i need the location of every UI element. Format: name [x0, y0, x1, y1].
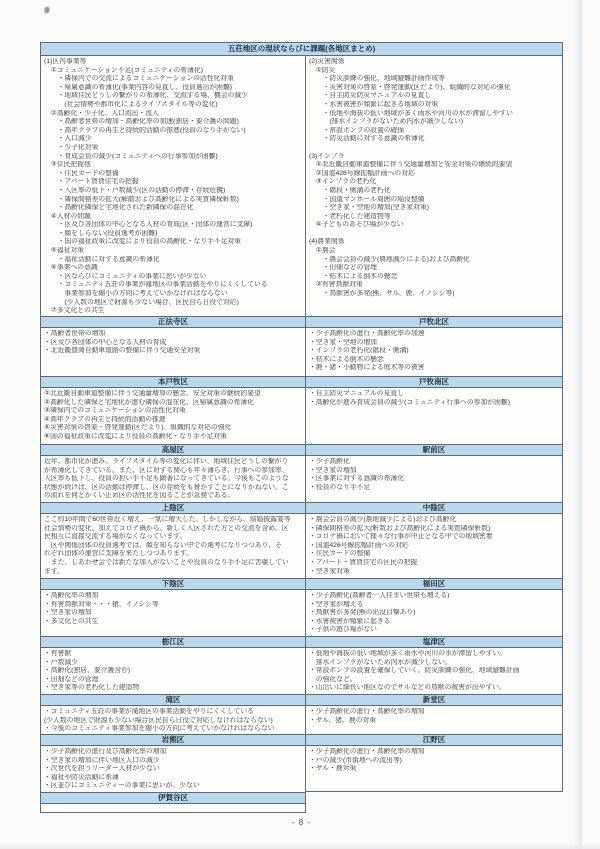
text-line: ・農会会員の減少(農地減少による)および高齢化 [309, 256, 559, 265]
district-header: 正法寺区 [41, 316, 305, 328]
text-line: ・戸の減少(市街地への流出等) [309, 757, 559, 766]
text-line: ・顔をしらない(役員選考が困難) [44, 230, 302, 239]
scanned-page: 五荘地区の現状ならびに課題(各地区まとめ) (1)区内事業等 ①コミュニケーショ… [0, 0, 600, 849]
text-line: ・低地や海抜の低い地域が多く雨水や河川の水が滞留しやすい [309, 110, 559, 119]
text-line: ③隣保内でのコミュニケーションの活性化対策 [44, 407, 302, 416]
text-line: ・隣保間格差の拡大(軒数および高齢化による実質隣保軒数) [309, 525, 559, 534]
text-line: ・少子高齢化の進行・高齢化率の増加 [309, 708, 559, 717]
text-line: ・役員のなり手不足 [309, 484, 559, 493]
text-line: ⑦多文化との共生 [44, 307, 302, 316]
district-header: 滝区 [41, 694, 305, 706]
district-issues-cell: ・少子高齢化(高齢者一人住まい世帯も増える)・空き家が増える・鳥獣害が多発(熊の… [306, 590, 562, 636]
text-line: ②国道426号線拡幅計画への対応 [309, 170, 559, 179]
text-line: ・高齢化隣保と宅地化された新隣保の混在化 [44, 204, 302, 213]
text-line: ①コミュニケーション不足(コミュニティの希薄化) [44, 67, 302, 76]
text-line: ・枯木による倒木の懸念 [309, 273, 559, 282]
text-line: ・階段・側溝の老朽化 [309, 187, 559, 196]
text-line: (排水インフラがないため内水が減少しない) [309, 118, 559, 127]
text-line: 事業参加を縮小の方向に考えていかなければならない [44, 290, 302, 299]
district-issues-cell [41, 804, 305, 813]
text-line: ・コミュニティ五荘の事業が滝地区の事業活動をやりにくくしている [44, 281, 302, 290]
district-header: 岩熊区 [41, 734, 305, 746]
issues-table: 五荘地区の現状ならびに課題(各地区まとめ) (1)区内事業等 ①コミュニケーショ… [40, 42, 563, 813]
text-line: ・区及び各団体の中心となる人材の育成 [44, 339, 302, 348]
text-line: ④人材の問題 [44, 213, 302, 222]
text-line: が希薄化してきている。また、区に対する関心も年々薄らぎ、行事への参加率、 [44, 467, 302, 476]
right-column: (2)災害関係 ①防災 ・防災訓練の強化、地域避難計画作成等 ・災害対策の啓蒙・… [306, 56, 563, 792]
text-line: ・少子化対策 [44, 144, 302, 153]
text-line: ⑤福祉対策 [44, 247, 302, 256]
text-line: ・サル・鹿対策 [309, 765, 559, 774]
scan-artifact [43, 5, 51, 14]
text-line: ・水害被害が頻繁に起きる地域の対策 [309, 101, 559, 110]
district-header: 本戸牧区 [41, 376, 305, 388]
district-header: 江野区 [306, 734, 562, 746]
district-header: 戸牧北区 [306, 316, 562, 328]
text-line: ・低地や海抜の低い地域が多く雨水や河川の水が滞留しやすい。 [309, 650, 559, 659]
text-line: ここ約10年間で60世帯近く増え、一気に増大した。しかしながら、結婚披露宴等 [44, 516, 302, 525]
text-line: ・空き家の増加 [309, 467, 559, 476]
text-line: 排水インフラがないため内水が減少しない。 [309, 659, 559, 668]
text-line: ・入区率の低下・戸数減少(区の活動の停滞・存続危機) [44, 187, 302, 196]
district-issues-cell: ・少子高齢化の進行・高齢化率の加速・空き家・空地の増加・インフラの老朽化(階段・… [306, 328, 562, 376]
text-line: ・高齢化(独居、要介護含む) [44, 667, 302, 676]
district-issues-cell: ・有害獣・戸数減少・高齢化(独居、要介護含む)・田畑などの管理・空き家等の老朽化… [41, 648, 305, 694]
text-line: ・隣保間格差の拡大(解散および高齢化による実質隣保軒数) [44, 196, 302, 205]
text-line: ・アパート・賃貸住宅の区民の把握 [309, 559, 559, 568]
text-line: ・インフラの老朽化(階段・側溝) [309, 347, 559, 356]
district-issues-cell: ①北近畿自動車道整備に伴う交通量増加の懸念、安全対策の継続的要望②高齢化した隣保… [41, 388, 305, 444]
text-line: ③インフラの老朽化 [309, 178, 559, 187]
text-line: ・戸数減少 [44, 659, 302, 668]
text-line: ②高齢化・少子化、人口流出・流入 [44, 110, 302, 119]
text-line: ・老朽化した建造物等 [309, 213, 559, 222]
text-line: ・高年クラブの再生と持続的活動の推進(役員のなり手がない) [44, 127, 302, 136]
text-line: ②有害鳥獣対策 [309, 281, 559, 290]
text-line: ①北近畿自動車道整備に伴う交通量増加と安全対策の継続的要望 [309, 161, 559, 170]
text-line [309, 144, 559, 153]
text-line: ・福祉活動に対する意識の希薄化 [44, 256, 302, 265]
district-header: 上陰区 [41, 502, 305, 514]
text-line: ・多文化との共生 [44, 618, 302, 627]
text-line: ・少子高齢化の進行及び高齢化率の増加 [44, 748, 302, 757]
text-line: ・今後のコミュニティ事業参加を縮小の方向に考えていかなければならない [44, 725, 302, 734]
text-line: ・防災活動に対する意識の希薄化 [309, 135, 559, 144]
text-line: ・高齢者世帯の増加・高齢化率の加速(独居・要介護の問題) [44, 118, 302, 127]
text-line: ・国道マンホール周囲の陥没整備 [309, 196, 559, 205]
text-line: ・農会会員の減少(農地減少による)および高齢化 [309, 516, 559, 525]
text-line: 状態が続けば、区の活動は停滞し、区の存続をも脅かすことになりかねない。こ [44, 484, 302, 493]
district-issues-cell: ・コミュニティ五荘の事業が滝地区の事業活動をやりにくくしている(少人数の地区で財… [41, 706, 305, 734]
text-line: ・次世代を担うリーダー人材が少ない [44, 765, 302, 774]
text-line: ・子供の遊び場がない [309, 626, 559, 635]
table-title: 五荘地区の現状ならびに課題(各地区まとめ) [40, 42, 563, 56]
text-line: ・少子高齢化の進行・高齢化率の増加 [309, 748, 559, 757]
text-line: ・少子高齢化(高齢者一人住まい世帯も増える) [309, 592, 559, 601]
summary-left-cell: (1)区内事業等 ①コミュニケーション不足(コミュニティの希薄化) ・隣保内での… [41, 56, 305, 316]
text-line: ・高齢化率の増加 [44, 592, 302, 601]
scan-bottom-shade [0, 843, 600, 849]
text-line: ・隣保内での交流によるコミュニケーションの活性化対策 [44, 75, 302, 84]
text-line: ・空き家・空地の増加 [309, 339, 559, 348]
text-line: ・空き家等の老朽化した建造物 [44, 684, 302, 693]
text-line: ・育成会員の減少(コミュニティへの行事参加が困難) [44, 153, 302, 162]
text-line [309, 230, 559, 239]
district-header: 伊賀谷区 [41, 792, 305, 804]
text-line: ・地域住民どうしの繋がりの希薄化、交流する場、機会の減少 [44, 92, 302, 101]
text-line: ・田畑などの管理 [44, 676, 302, 685]
table-columns: (1)区内事業等 ①コミュニケーション不足(コミュニティの希薄化) ・隣保内での… [40, 56, 563, 813]
summary-right-cell: (2)災害関係 ①防災 ・防災訓練の強化、地域避難計画作成等 ・災害対策の啓蒙・… [306, 56, 562, 316]
text-line: ・有害鳥獣対策・・・猿、イノシシ等 [44, 601, 302, 610]
text-line: ・鳥獣害が多発(熊、サル、鹿、イノシシ等) [309, 290, 559, 299]
text-line: ・高齢化が進み育成会員の減少(コミュニティ行事への参加が困難) [309, 399, 559, 408]
text-line: ・田畑などの管理 [309, 264, 559, 273]
district-header: 高屋区 [41, 444, 305, 456]
left-column: (1)区内事業等 ①コミュニケーション不足(コミュニティの希薄化) ・隣保内での… [40, 56, 306, 813]
text-line: (1)区内事業等 [44, 58, 302, 67]
district-header: 福田区 [306, 578, 562, 590]
text-line: ・福祉や防災活動に希薄 [44, 774, 302, 783]
text-line: (少人数の地区で財源も少ない場合、区民自ら日役で対応) [44, 299, 302, 308]
district-issues-cell: ・少子高齢化の進行・高齢化率の増加・戸の減少(市街地への流出等)・サル・鹿対策 [306, 746, 562, 792]
text-line: ②高齢化した隣保と宅地化が進む隣保の混在化、区帰属意識の希薄化 [44, 399, 302, 408]
text-line: ・常設ポンプの設置の確保 [309, 127, 559, 136]
text-line: ・北近畿豊岡自動車道路の整備に伴う交通安全対策 [44, 347, 302, 356]
district-header: 駅前区 [306, 444, 562, 456]
text-line: ・帰属意識の希薄化(事業内容の見直し、役員選出が困難) [44, 84, 302, 93]
text-line: (4)農業関係 [309, 238, 559, 247]
text-line: の流れを何とかくい止め区の活性化を図ることが急務である。 [44, 492, 302, 501]
text-line: ・国道426号線拡幅計画への対応 [309, 542, 559, 551]
text-line: ・有害獣 [44, 650, 302, 659]
text-line: (3)インフラ [309, 153, 559, 162]
text-line: ・鹿・猪・小動物による庭木等の被害 [309, 364, 559, 373]
district-issues-cell: ・高齢化率の増加・有害鳥獣対策・・・猿、イノシシ等・空き家の増加・多文化との共生 [41, 590, 305, 636]
text-line: (社会情勢や都市化によるライフスタイル等の変化) [44, 101, 302, 110]
text-line: ・空き家が増える [309, 601, 559, 610]
text-line: ④子どものあそび場が少ない [309, 221, 559, 230]
text-line: ・住民カードの整備 [44, 170, 302, 179]
text-line: 民相互に直接交流する場がなくなっています。 [44, 533, 302, 542]
text-line: ・空き家対策 [309, 568, 559, 577]
text-line: ・人口減少 [44, 135, 302, 144]
text-line: ・自主防災マニュアルの見直し [309, 390, 559, 399]
text-line: ・空き家の増加 [44, 609, 302, 618]
text-line: ・区並びにコミュニティーの事業に思いが、少ない [44, 782, 302, 791]
text-line: ⑥国の福祉政策に改変により役員の高齢化・なり手不足対策 [44, 433, 302, 442]
district-issues-cell: ・少子高齢化の進行・高齢化率の増加・サル、猪、鹿の対策 [306, 706, 562, 734]
text-line: ・サル、猪、鹿の対策 [309, 717, 559, 726]
text-line: ・コロナ禍において様々な行事が中止となる中での地域密着 [309, 533, 559, 542]
text-line: (2)災害関係 [309, 58, 559, 67]
scan-edge-shade [573, 0, 582, 849]
district-issues-cell: ・少子高齢化の進行及び高齢化率の増加・空き家の増加に伴い地区人口の減少・次世代を… [41, 746, 305, 792]
text-line: ・住民カードの整備 [309, 550, 559, 559]
text-line: ます。 [44, 568, 302, 577]
text-line: ・国の福祉政策に改変により役員の高齢化・なり手不足対策 [44, 238, 302, 247]
text-line: ④高年クラブの再生と持続的活動の推進 [44, 416, 302, 425]
text-line: また、しあわせ会では新たな加入がないことや役員のなり手不足に苦慮してい [44, 559, 302, 568]
text-line: ・水害被害が頻繁に起きる [309, 618, 559, 627]
text-line: ・区及び各団体の中心となる人材の育成(区・団体の運営に支障) [44, 221, 302, 230]
text-line: の強化など。 [309, 676, 559, 685]
district-header: 中陰区 [306, 502, 562, 514]
text-line: 入区率も低下し、役員の担い手不足も顕著になってきている。今後もこのような [44, 475, 302, 484]
district-issues-cell: ・農会会員の減少(農地減少による)および高齢化・隣保間格差の拡大(軒数および高齢… [306, 514, 562, 578]
text-line: ・アパート賃貸住宅の把握 [44, 178, 302, 187]
district-issues-cell: ここ約10年間で60世帯近く増え、一気に増大した。しかしながら、結婚披露宴等社会… [41, 514, 305, 578]
text-line: ・山沿いに細長い地区なのでサルなどの鳥獣の被害が出やすい。 [309, 684, 559, 693]
text-line: 近年、都市化が進み、ライフスタイル等の変化に伴い、地域住民どうしの繋がり [44, 458, 302, 467]
text-line: ⑥事業への意識 [44, 264, 302, 273]
text-line: ・自主防災防災マニュアルの見直し [309, 92, 559, 101]
text-line: ・枯木による倒木の懸念 [309, 356, 559, 365]
text-line: ⑤災害対策の啓蒙・啓発運動(区だより)、組織的な対応の強化 [44, 424, 302, 433]
text-line: ①防災 [309, 67, 559, 76]
text-line: ・災害対策の啓蒙・啓発運動(区だより)、組織的な対応の強化 [309, 84, 559, 93]
district-header: 下陰区 [41, 578, 305, 590]
text-line: (少人数の地区で財源も少ない場合区民自ら日役で対応しなければならない) [44, 717, 302, 726]
district-issues-cell: ・低地や海抜の低い地域が多く雨水や河川の水が滞留しやすい。 排水インフラがないた… [306, 648, 562, 694]
district-header: 戸牧南区 [306, 376, 562, 388]
district-issues-cell: ・高齢者世帯の増加・区及び各団体の中心となる人材の育成・北近畿豊岡自動車道路の整… [41, 328, 305, 376]
text-line: 社会情勢の変化、加えてコロナ禍から、新しく入区された方との交流を含め、区 [44, 525, 302, 534]
district-header: 塩津区 [306, 636, 562, 648]
district-issues-cell: 近年、都市化が進み、ライフスタイル等の変化に伴い、地域住民どうしの繋がりが希薄化… [41, 456, 305, 502]
text-line: ・区ならびにコミュニティの事業に思いが少ない [44, 273, 302, 282]
text-line: ①農会 [309, 247, 559, 256]
text-line: ・空き家・空地の増加(空き家対策) [309, 204, 559, 213]
text-line: ・少子高齢化 [309, 458, 559, 467]
text-line: ・コミュニティ五荘の事業が滝地区の事業活動をやりにくくしている [44, 708, 302, 717]
text-line: ①北近畿自動車道整備に伴う交通量増加の懸念、安全対策の継続的要望 [44, 390, 302, 399]
text-line: 区や関係団体の役員選考では、顔を知らない中での選考になりつつあり、そ [44, 542, 302, 551]
text-line: ・鳥獣害が多発(熊の出没目撃あり) [309, 609, 559, 618]
text-line: ・高齢者世帯の増加 [44, 330, 302, 339]
district-header: 栃江区 [41, 636, 305, 648]
page-number: - 8 - [40, 818, 563, 827]
text-line: ・常設ポンプの設置を確保していく。防災訓練の強化、地域避難計画 [309, 667, 559, 676]
text-line: ・区事業に対する意識の希薄化 [309, 475, 559, 484]
text-line: ③住民把握他 [44, 161, 302, 170]
district-header: 新堂区 [306, 694, 562, 706]
district-issues-cell: ・少子高齢化・空き家の増加・区事業に対する意識の希薄化・役員のなり手不足 [306, 456, 562, 502]
text-line: ・少子高齢化の進行・高齢化率の加速 [309, 330, 559, 339]
text-line: ・空き家の増加に伴い地区人口の減少 [44, 757, 302, 766]
district-issues-cell: ・自主防災マニュアルの見直し・高齢化が進み育成会員の減少(コミュニティ行事への参… [306, 388, 562, 444]
text-line: れぞれ団体の運営に支障を来たしつつあります。 [44, 550, 302, 559]
text-line: ・防災訓練の強化、地域避難計画作成等 [309, 75, 559, 84]
